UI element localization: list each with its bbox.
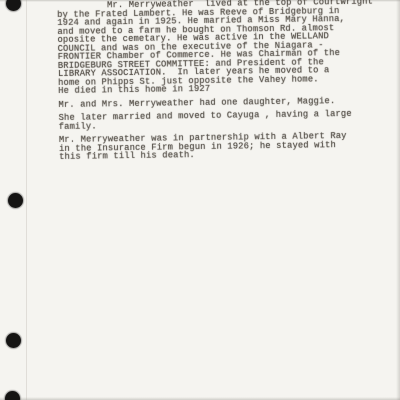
scanned-page: Mr. Merryweather lived at the top of Cou… xyxy=(0,0,400,400)
paragraph-daughter: Mr. and Mrs. Merryweather had one daught… xyxy=(58,96,368,109)
paragraph-marriage: She later married and moved to Cayuga , … xyxy=(59,110,369,131)
hole-punch-top xyxy=(6,0,21,11)
hole-punch-middle xyxy=(8,193,23,208)
scan-edge-right xyxy=(396,0,400,400)
hole-punch-bottom xyxy=(5,391,20,400)
typewritten-text: Mr. Merryweather lived at the top of Cou… xyxy=(57,0,369,166)
paragraph-partnership: Mr. Merryweather was in partnership with… xyxy=(59,132,369,162)
paragraph-biography: Mr. Merryweather lived at the top of Cou… xyxy=(57,0,368,95)
hole-punch-lower xyxy=(6,333,21,348)
paper-crease-line xyxy=(26,0,27,400)
document-line: Mr. and Mrs. Merryweather had one daught… xyxy=(58,96,368,109)
